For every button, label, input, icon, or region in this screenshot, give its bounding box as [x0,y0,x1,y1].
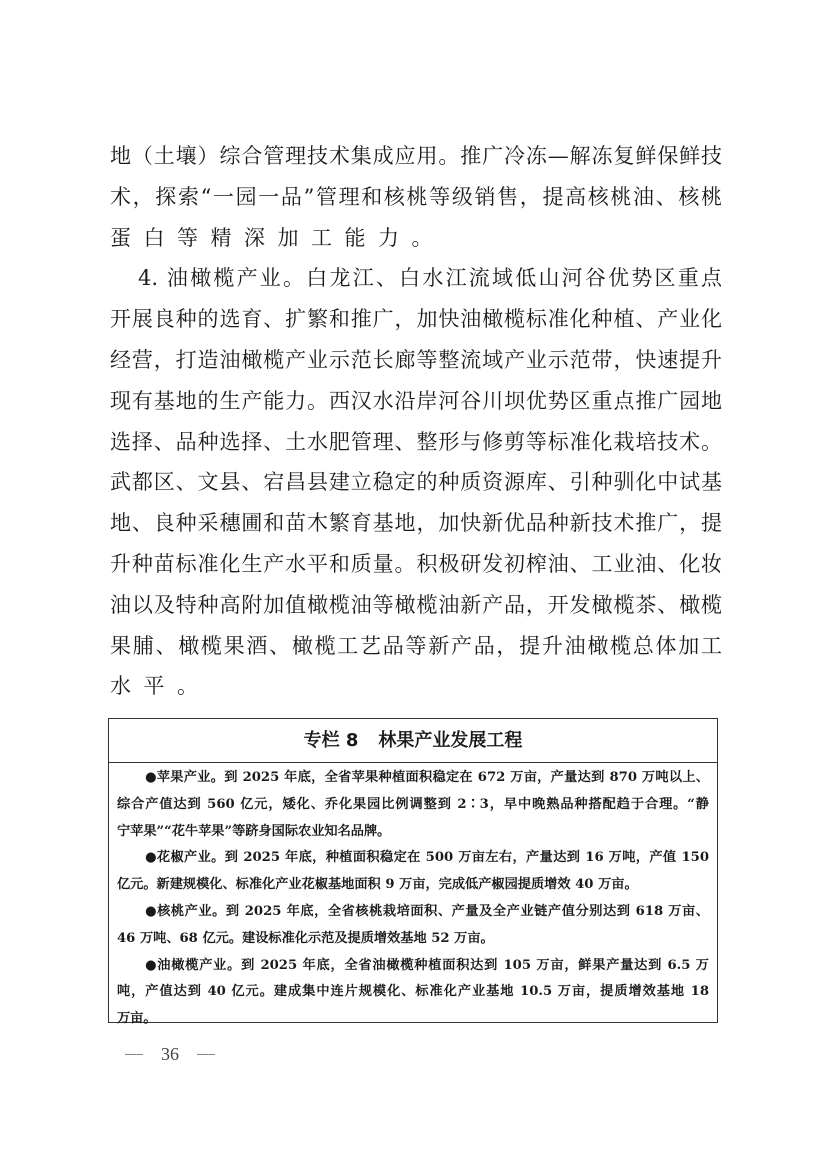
box-item-olive: ●油橄榄产业。到 2025 年底，全省油橄榄种植面积达到 105 万亩，鲜果产量… [117,953,709,1033]
text-line: 开展良种的选育、扩繁和推广，加快油橄榄标准化种植、产业化 [110,299,722,340]
box-item-walnut: ●核桃产业。到 2025 年底，全省核桃栽培面积、产量及全产业链产值分别达到 6… [117,899,709,953]
dash-left [125,1054,143,1055]
box-body: ●苹果产业。到 2025 年底，全省苹果种植面积稳定在 672 万亩，产量达到 … [109,763,717,1033]
item-lead: ●油橄榄产业。 [145,958,241,973]
text-line: 选择、品种选择、土水肥管理、整形与修剪等标准化栽培技术。 [110,422,722,463]
page-number-value: 36 [161,1040,179,1068]
special-column-box: 专栏 8林果产业发展工程 ●苹果产业。到 2025 年底，全省苹果种植面积稳定在… [108,718,718,1023]
item-text: 到 2025 年底，种植面积稳定在 500 万亩左右，产量达到 16 万吨，产值… [225,850,709,865]
text-line: 经营，打造油橄榄产业示范长廊等整流域产业示范带，快速提升 [110,340,722,381]
box-title-main: 林果产业发展工程 [378,730,522,751]
box-line: ●核桃产业。到 2025 年底，全省核桃栽培面积、产量及全产业链产值分别达到 6… [117,899,709,926]
item-lead: ●核桃产业。 [145,904,226,919]
text-line: 现有基地的生产能力。西汉水沿岸河谷川坝优势区重点推广园地 [110,381,722,422]
box-line: 万亩。 [117,1006,709,1033]
item-text: 到 2025 年底，全省油橄榄种植面积达到 105 万亩，鲜果产量达到 6.5 … [241,958,709,973]
box-line: ●油橄榄产业。到 2025 年底，全省油橄榄种植面积达到 105 万亩，鲜果产量… [117,953,709,980]
paragraph-olive-industry: 4. 油橄榄产业。白龙江、白水江流域低山河谷优势区重点 开展良种的选育、扩繁和推… [110,258,722,707]
section-heading-line: 4. 油橄榄产业。白龙江、白水江流域低山河谷优势区重点 [110,258,722,299]
box-item-pepper: ●花椒产业。到 2025 年底，种植面积稳定在 500 万亩左右，产量达到 16… [117,845,709,899]
text-line: 油以及特种高附加值橄榄油等橄榄油新产品，开发橄榄茶、橄榄 [110,585,722,626]
box-line: 吨，产值达到 40 亿元。建成集中连片规模化、标准化产业基地 10.5 万亩，提… [117,979,709,1006]
box-item-apple: ●苹果产业。到 2025 年底，全省苹果种植面积稳定在 672 万亩，产量达到 … [117,765,709,845]
item-text: 到 2025 年底，全省核桃栽培面积、产量及全产业链产值分别达到 618 万亩、 [226,904,709,919]
text-line: 地（土壤）综合管理技术集成应用。推广冷冻—解冻复鲜保鲜技 [110,136,722,177]
box-line: ●花椒产业。到 2025 年底，种植面积稳定在 500 万亩左右，产量达到 16… [117,845,709,872]
text-line: 果脯、橄榄果酒、橄榄工艺品等新产品，提升油橄榄总体加工 [110,626,722,667]
text-line: 水平。 [110,666,722,707]
box-line: 宁苹果”“花牛苹果”等跻身国际农业知名品牌。 [117,819,709,846]
text-line: 术，探索“一园一品”管理和核桃等级销售，提高核桃油、核桃 [110,177,722,218]
box-line: 46 万吨、68 亿元。建设标准化示范及提质增效基地 52 万亩。 [117,926,709,953]
item-lead: ●花椒产业。 [145,850,225,865]
item-lead: ●苹果产业。 [145,770,224,785]
item-text: 到 2025 年底，全省苹果种植面积稳定在 672 万亩，产量达到 870 万吨… [224,770,709,785]
dash-right [197,1054,215,1055]
paragraph-walnut-continuation: 地（土壤）综合管理技术集成应用。推广冷冻—解冻复鲜保鲜技 术，探索“一园一品”管… [110,136,722,258]
box-title: 专栏 8林果产业发展工程 [109,719,717,763]
box-line: 综合产值达到 560 亿元，矮化、乔化果园比例调整到 2∶3，早中晚熟品种搭配趋… [117,792,709,819]
text-line: 升种苗标准化生产水平和质量。积极研发初榨油、工业油、化妆 [110,544,722,585]
document-body: 地（土壤）综合管理技术集成应用。推广冷冻—解冻复鲜保鲜技 术，探索“一园一品”管… [110,136,722,707]
text-line: 蛋白等精深加工能力。 [110,218,722,259]
box-line: 亿元。新建规模化、标准化产业花椒基地面积 9 万亩，完成低产椒园提质增效 40 … [117,872,709,899]
box-line: ●苹果产业。到 2025 年底，全省苹果种植面积稳定在 672 万亩，产量达到 … [117,765,709,792]
page-number: 36 [125,1040,215,1068]
text-line: 武都区、文县、宕昌县建立稳定的种质资源库、引种驯化中试基 [110,462,722,503]
box-title-prefix: 专栏 8 [304,730,359,751]
text-line: 地、良种采穗圃和苗木繁育基地，加快新优品种新技术推广，提 [110,503,722,544]
